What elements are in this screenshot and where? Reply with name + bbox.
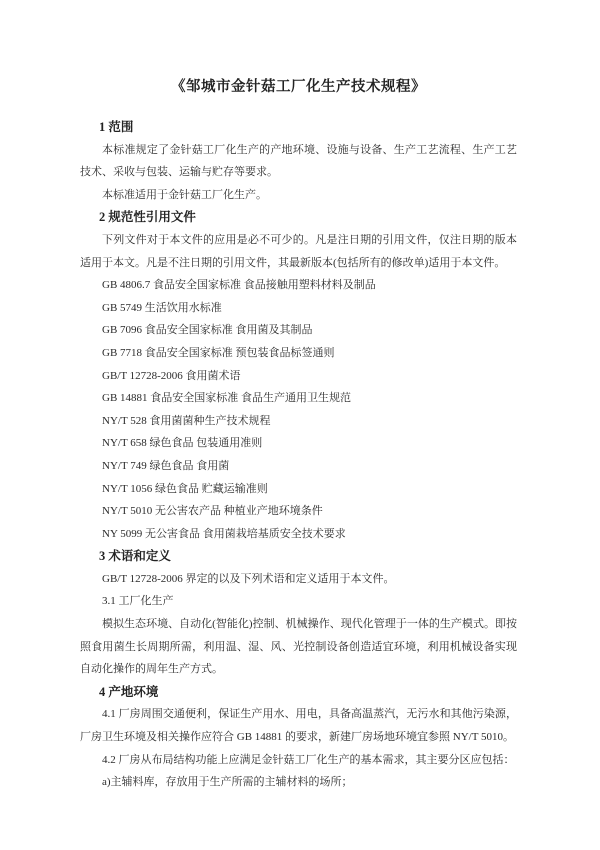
document-title: 《邹城市金针菇工厂化生产技术规程》 [80,76,517,98]
reference-item: NY/T 749 绿色食品 食用菌 [80,455,517,478]
document-page: 《邹城市金针菇工厂化生产技术规程》 1 范围 本标准规定了金针菇工厂化生产的产地… [0,0,600,850]
section-4-list-item: a)主辅料库，存放用于生产所需的主辅材料的场所； [80,771,517,794]
reference-item: GB 7718 食品安全国家标准 预包装食品标签通则 [80,342,517,365]
reference-item: NY/T 528 食用菌菌种生产技术规程 [80,410,517,433]
reference-item: GB 7096 食品安全国家标准 食用菌及其制品 [80,319,517,342]
section-1-paragraph: 本标准规定了金针菇工厂化生产的产地环境、设施与设备、生产工艺流程、生产工艺技术、… [80,139,517,184]
reference-item: NY/T 658 绿色食品 包装通用准则 [80,432,517,455]
reference-item: GB 4806.7 食品安全国家标准 食品接触用塑料材料及制品 [80,274,517,297]
section-3-heading: 3 术语和定义 [80,545,517,568]
section-4-paragraph: 4.1 厂房周围交通便利，保证生产用水、用电，具备高温蒸汽，无污水和其他污染源，… [80,703,517,748]
reference-item: NY/T 1056 绿色食品 贮藏运输准则 [80,478,517,501]
section-1-paragraph: 本标准适用于金针菇工厂化生产。 [80,184,517,207]
section-4-heading: 4 产地环境 [80,681,517,704]
reference-item: NY/T 5010 无公害农产品 种植业产地环境条件 [80,500,517,523]
reference-item: GB/T 12728-2006 食用菌术语 [80,365,517,388]
section-3-paragraph: 模拟生态环境、自动化(智能化)控制、机械操作、现代化管理于一体的生产模式。即按照… [80,613,517,681]
section-2-paragraph: 下列文件对于本文件的应用是必不可少的。凡是注日期的引用文件，仅注日期的版本适用于… [80,229,517,274]
reference-item: NY 5099 无公害食品 食用菌栽培基质安全技术要求 [80,523,517,546]
section-3-subclause-title: 3.1 工厂化生产 [80,590,517,613]
reference-item: GB 14881 食品安全国家标准 食品生产通用卫生规范 [80,387,517,410]
section-2-heading: 2 规范性引用文件 [80,206,517,229]
reference-item: GB 5749 生活饮用水标准 [80,297,517,320]
section-3-paragraph: GB/T 12728-2006 界定的以及下列术语和定义适用于本文件。 [80,568,517,591]
section-4-paragraph: 4.2 厂房从布局结构功能上应满足金针菇工厂化生产的基本需求，其主要分区应包括： [80,749,517,772]
section-1-heading: 1 范围 [80,116,517,139]
